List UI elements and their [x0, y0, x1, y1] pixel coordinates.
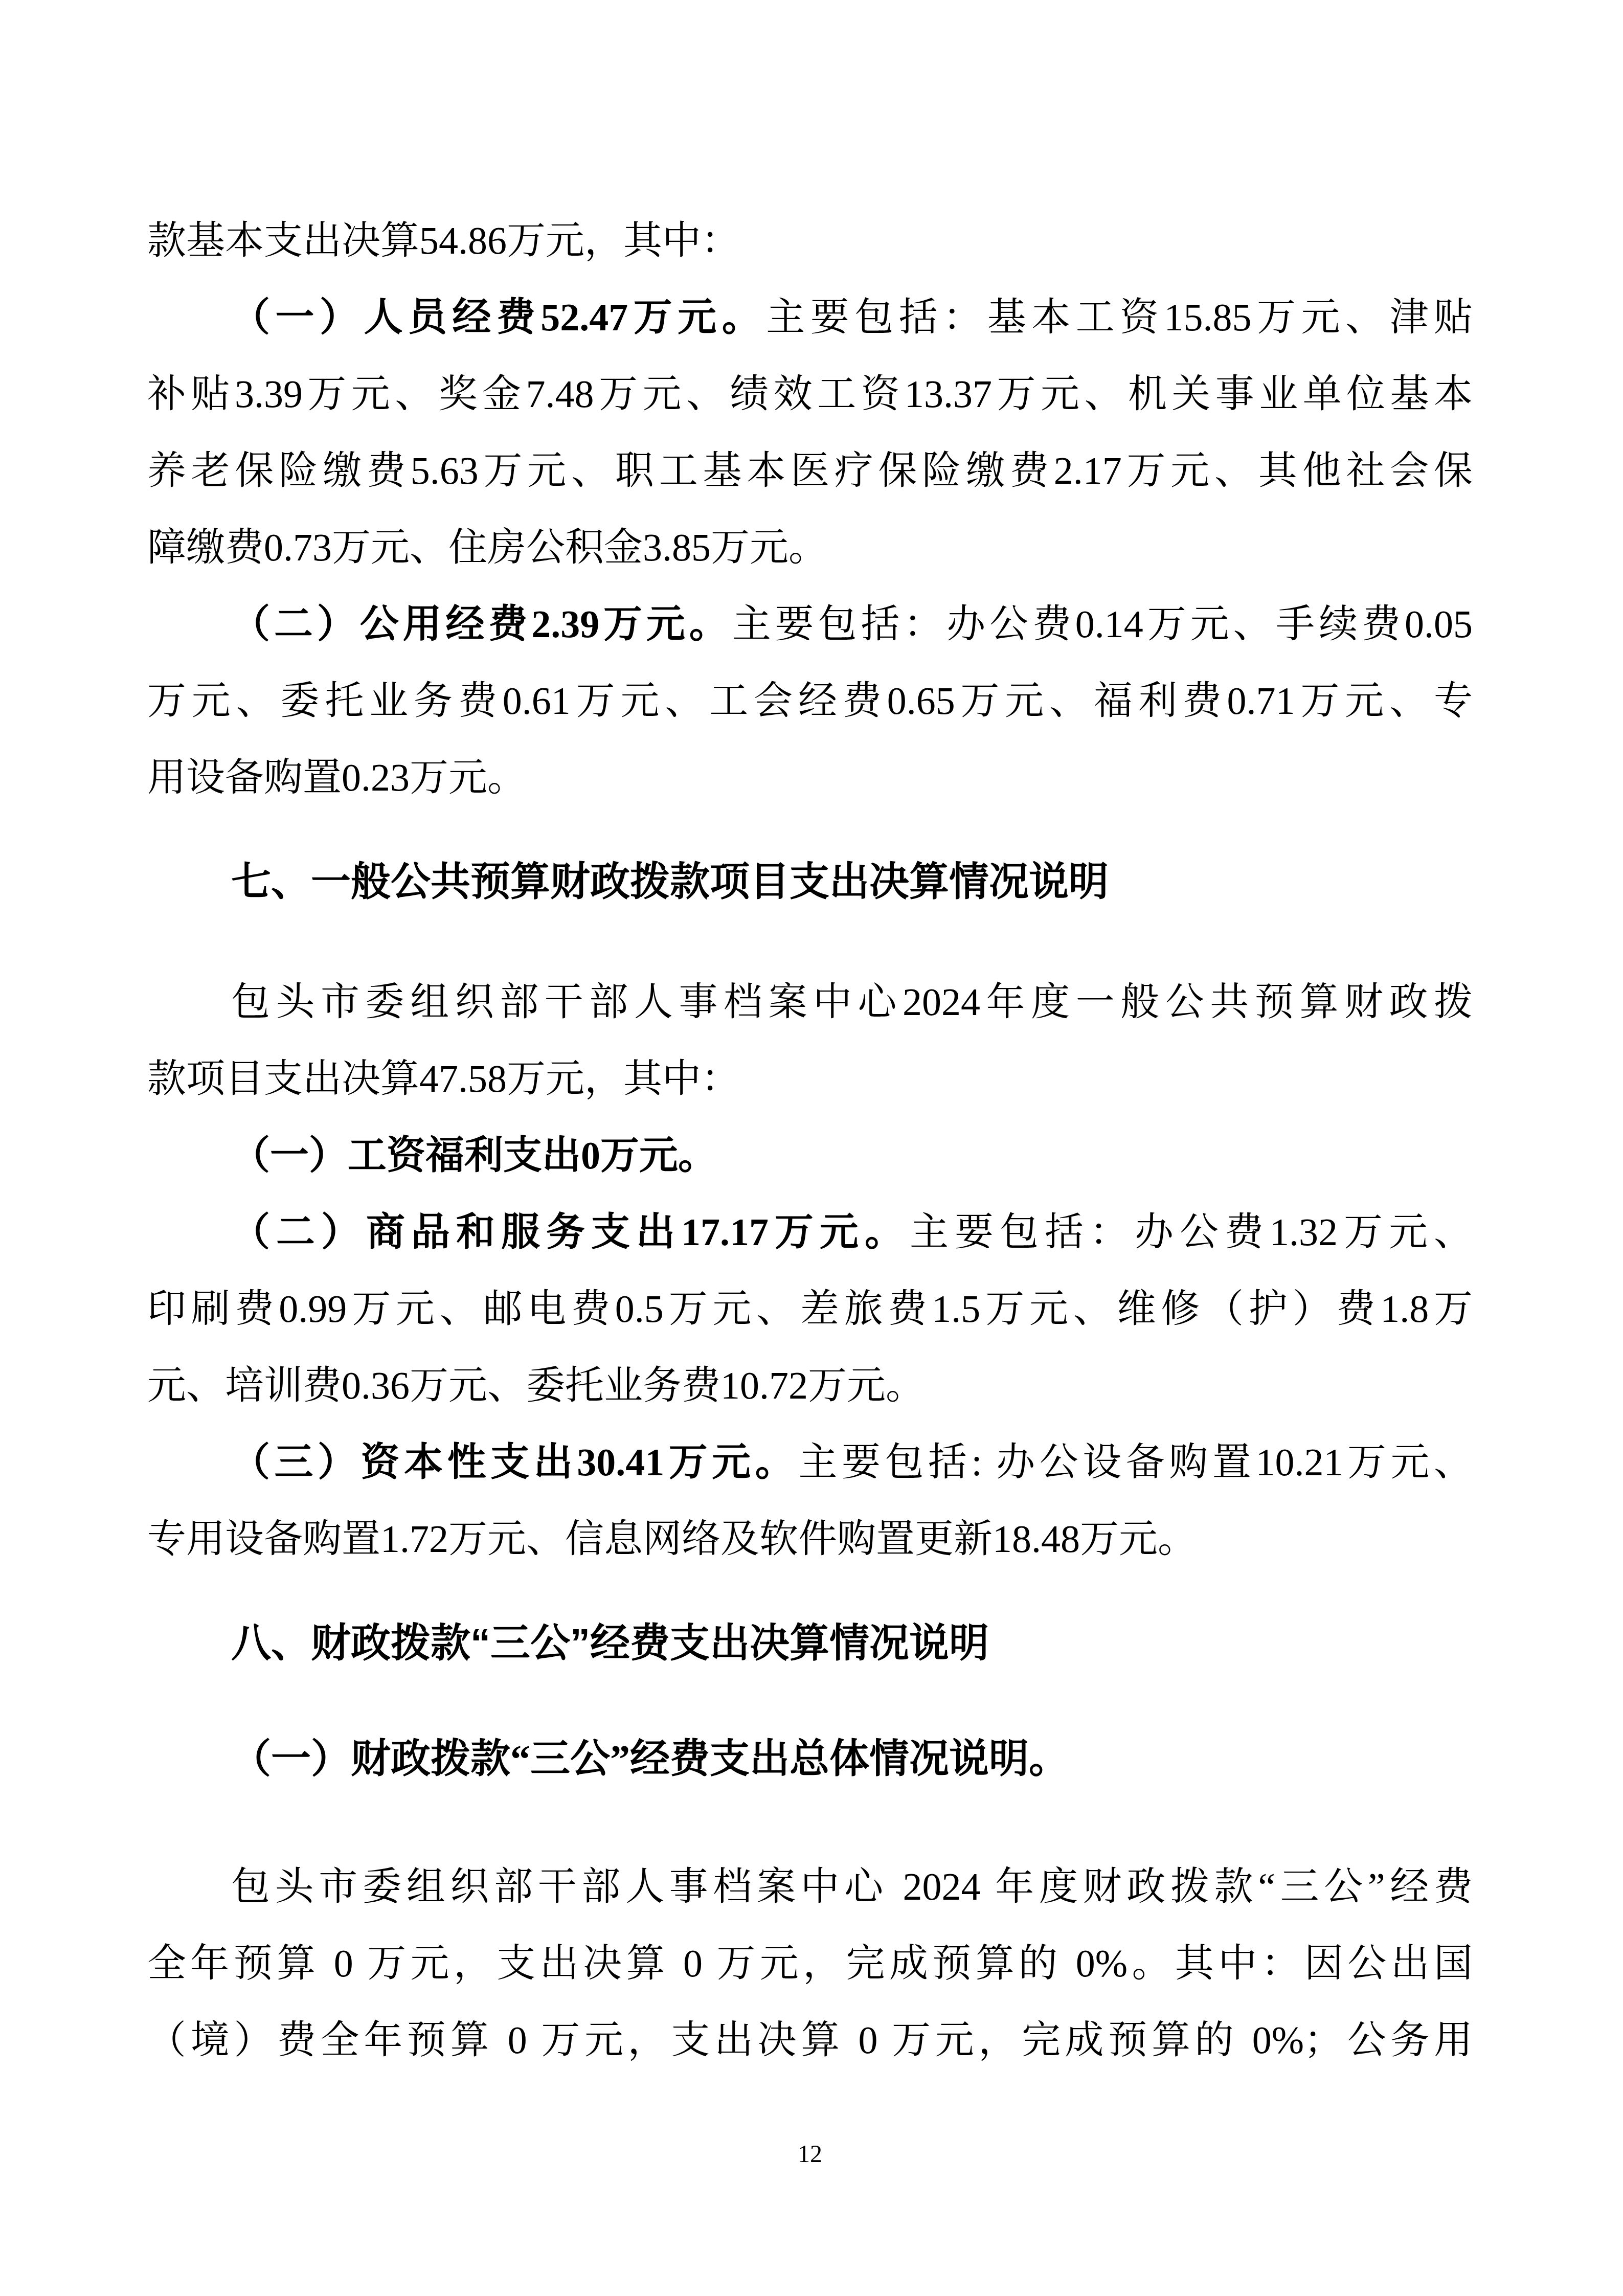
- text-line: 款基本支出决算54.86万元，其中：: [147, 202, 1473, 279]
- text-line: 印刷费0.99万元、邮电费0.5万元、差旅费1.5万元、维修（护）费1.8万: [147, 1271, 1473, 1347]
- text-segment: 包头市委组织部干部人事档案中心 2024 年度财政拨款“三公”经费: [231, 1865, 1473, 1908]
- text-segment: 印刷费0.99万元、邮电费0.5万元、差旅费1.5万元、维修（护）费1.8万: [147, 1288, 1473, 1331]
- text-segment: 包头市委组织部干部人事档案中心2024年度一般公共预算财政拨: [231, 981, 1473, 1024]
- document-page: 款基本支出决算54.86万元，其中：（一）人员经费52.47万元。主要包括：基本…: [0, 0, 1623, 2296]
- section-heading: 八、财政拨款“三公”经费支出决算情况说明: [147, 1605, 1473, 1681]
- text-line: （二）公用经费2.39万元。主要包括：办公费0.14万元、手续费0.05: [147, 586, 1473, 663]
- bold-text-segment: （一）工资福利支出0万元。: [231, 1134, 717, 1177]
- bold-text-segment: 七、一般公共预算财政拨款项目支出决算情况说明: [231, 859, 1109, 904]
- text-segment: 主要包括: 办公设备购置10.21万元、: [798, 1441, 1473, 1484]
- text-segment: （境）费全年预算 0 万元，支出决算 0 万元，完成预算的 0%；公务用: [147, 2019, 1473, 2062]
- text-line: 包头市委组织部干部人事档案中心 2024 年度财政拨款“三公”经费: [147, 1849, 1473, 1925]
- bold-text-segment: （二）公用经费2.39万元。: [231, 603, 732, 646]
- text-segment: 全年预算 0 万元，支出决算 0 万元，完成预算的 0%。其中：因公出国: [147, 1942, 1473, 1985]
- text-line: 专用设备购置1.72万元、信息网络及软件购置更新18.48万元。: [147, 1501, 1473, 1578]
- text-segment: 元、培训费0.36万元、委托业务费10.72万元。: [147, 1364, 925, 1407]
- bold-text-segment: （一）财政拨款“三公”经费支出总体情况说明。: [231, 1737, 1069, 1781]
- text-line: 万元、委托业务费0.61万元、工会经费0.65万元、福利费0.71万元、专: [147, 663, 1473, 739]
- text-segment: 主要包括：办公费0.14万元、手续费0.05: [732, 603, 1473, 646]
- section-heading: 七、一般公共预算财政拨款项目支出决算情况说明: [147, 843, 1473, 920]
- text-segment: 用设备购置0.23万元。: [147, 756, 526, 799]
- text-line: 补贴3.39万元、奖金7.48万元、绩效工资13.37万元、机关事业单位基本: [147, 356, 1473, 433]
- text-line: 障缴费0.73万元、住房公积金3.85万元。: [147, 509, 1473, 586]
- text-line: 养老保险缴费5.63万元、职工基本医疗保险缴费2.17万元、其他社会保: [147, 433, 1473, 509]
- text-segment: 主要包括：基本工资15.85万元、津贴: [766, 296, 1473, 339]
- bold-text-segment: （三）资本性支出30.41万元。: [231, 1441, 798, 1484]
- text-segment: 款基本支出决算54.86万元，其中：: [147, 219, 740, 262]
- text-line: （一）工资福利支出0万元。: [147, 1117, 1473, 1194]
- document-body: 款基本支出决算54.86万元，其中：（一）人员经费52.47万元。主要包括：基本…: [147, 202, 1473, 2170]
- text-line: 款项目支出决算47.58万元，其中：: [147, 1041, 1473, 1117]
- page-number: 12: [147, 2139, 1473, 2170]
- text-segment: 专用设备购置1.72万元、信息网络及软件购置更新18.48万元。: [147, 1518, 1197, 1561]
- text-line: 包头市委组织部干部人事档案中心2024年度一般公共预算财政拨: [147, 964, 1473, 1041]
- text-segment: 养老保险缴费5.63万元、职工基本医疗保险缴费2.17万元、其他社会保: [147, 449, 1473, 492]
- text-line: 元、培训费0.36万元、委托业务费10.72万元。: [147, 1347, 1473, 1424]
- section-heading: （一）财政拨款“三公”经费支出总体情况说明。: [147, 1721, 1473, 1797]
- text-line: 全年预算 0 万元，支出决算 0 万元，完成预算的 0%。其中：因公出国: [147, 1925, 1473, 2002]
- text-line: （一）人员经费52.47万元。主要包括：基本工资15.85万元、津贴: [147, 279, 1473, 356]
- bold-text-segment: （二）商品和服务支出17.17万元。: [231, 1211, 910, 1254]
- text-segment: 障缴费0.73万元、住房公积金3.85万元。: [147, 526, 827, 569]
- bold-text-segment: 八、财政拨款“三公”经费支出决算情况说明: [231, 1620, 989, 1665]
- text-line: （二）商品和服务支出17.17万元。主要包括：办公费1.32万元、: [147, 1194, 1473, 1271]
- text-segment: 主要包括：办公费1.32万元、: [910, 1211, 1473, 1254]
- bold-text-segment: （一）人员经费52.47万元。: [231, 296, 766, 339]
- text-segment: 万元、委托业务费0.61万元、工会经费0.65万元、福利费0.71万元、专: [147, 680, 1473, 723]
- text-line: （境）费全年预算 0 万元，支出决算 0 万元，完成预算的 0%；公务用: [147, 2002, 1473, 2079]
- text-segment: 补贴3.39万元、奖金7.48万元、绩效工资13.37万元、机关事业单位基本: [147, 373, 1473, 416]
- text-segment: 款项目支出决算47.58万元，其中：: [147, 1057, 740, 1100]
- text-line: 用设备购置0.23万元。: [147, 739, 1473, 816]
- text-line: （三）资本性支出30.41万元。主要包括: 办公设备购置10.21万元、: [147, 1424, 1473, 1501]
